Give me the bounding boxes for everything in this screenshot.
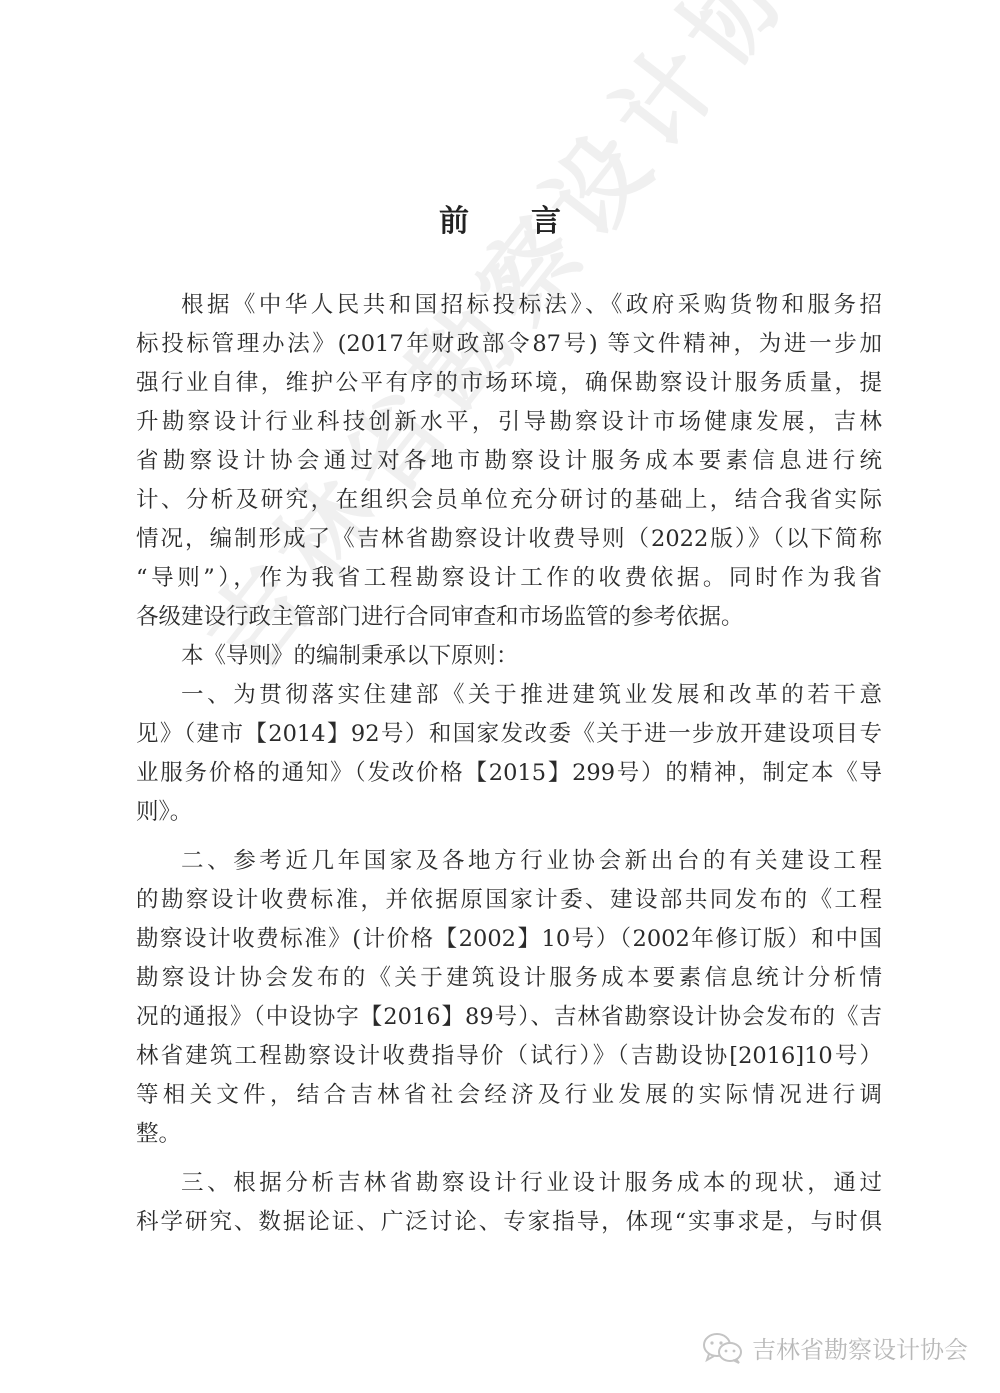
paragraph-principle-3: 三、根据分析吉林省勘察设计行业设计服务成本的现状，通过 科学研究、数据论证、广泛… bbox=[136, 1164, 882, 1242]
paragraph-intro: 根据《中华人民共和国招标投标法》、《政府采购货物和服务招 标投标管理办法》(20… bbox=[136, 286, 882, 637]
text-line: 省勘察设计协会通过对各地市勘察设计服务成本要素信息进行统 bbox=[136, 442, 882, 481]
text-line: 三、根据分析吉林省勘察设计行业设计服务成本的现状，通过 bbox=[136, 1164, 882, 1203]
account-name: 吉林省勘察设计协会 bbox=[752, 1330, 968, 1365]
wechat-icon bbox=[702, 1332, 744, 1364]
title-char: 前 bbox=[439, 196, 469, 240]
text-line: 业服务价格的通知》（发改价格【2015】299号）的精神，制定本《导 bbox=[136, 754, 882, 793]
page-title: 前言 bbox=[0, 196, 1000, 240]
text-line: 标投标管理办法》(2017年财政部令87号) 等文件精神，为进一步加 bbox=[136, 325, 882, 364]
text-line: 升勘察设计行业科技创新水平，引导勘察设计市场健康发展，吉林 bbox=[136, 403, 882, 442]
text-line: 科学研究、数据论证、广泛讨论、专家指导，体现“实事求是，与时俱 bbox=[136, 1203, 882, 1242]
paragraph-principles-lead: 本《导则》的编制秉承以下原则： bbox=[136, 637, 882, 676]
text-line: 勘察设计协会发布的《关于建筑设计服务成本要素信息统计分析情 bbox=[136, 959, 882, 998]
document-body: 根据《中华人民共和国招标投标法》、《政府采购货物和服务招 标投标管理办法》(20… bbox=[136, 286, 882, 1242]
text-line: 根据《中华人民共和国招标投标法》、《政府采购货物和服务招 bbox=[136, 286, 882, 325]
text-line: 等相关文件，结合吉林省社会经济及行业发展的实际情况进行调 bbox=[136, 1076, 882, 1115]
text-line: 强行业自律，维护公平有序的市场环境，确保勘察设计服务质量，提 bbox=[136, 364, 882, 403]
text-line: 整。 bbox=[136, 1115, 882, 1154]
text-line: 情况，编制形成了《吉林省勘察设计收费导则（2022版）》（以下简称 bbox=[136, 520, 882, 559]
text-line: 况的通报》（中设协字【2016】89号）、吉林省勘察设计协会发布的《吉 bbox=[136, 998, 882, 1037]
text-line: 各级建设行政主管部门进行合同审查和市场监管的参考依据。 bbox=[136, 598, 882, 637]
text-line: 则》。 bbox=[136, 793, 882, 832]
text-line: 本《导则》的编制秉承以下原则： bbox=[136, 637, 882, 676]
wechat-account-brand: 吉林省勘察设计协会 bbox=[702, 1330, 968, 1365]
text-line: 计、分析及研究，在组织会员单位充分研讨的基础上，结合我省实际 bbox=[136, 481, 882, 520]
document-page: 吉林省勘察设计协会 前言 根据《中华人民共和国招标投标法》、《政府采购货物和服务… bbox=[0, 0, 1000, 1393]
text-line: 勘察设计收费标准》(计价格【2002】10号）（2002年修订版）和中国 bbox=[136, 920, 882, 959]
text-line: 二、参考近几年国家及各地方行业协会新出台的有关建设工程 bbox=[136, 842, 882, 881]
paragraph-principle-1: 一、为贯彻落实住建部《关于推进建筑业发展和改革的若干意 见》（建市【2014】9… bbox=[136, 676, 882, 832]
text-line: 的勘察设计收费标准，并依据原国家计委、建设部共同发布的《工程 bbox=[136, 881, 882, 920]
title-char: 言 bbox=[531, 196, 561, 240]
text-line: 一、为贯彻落实住建部《关于推进建筑业发展和改革的若干意 bbox=[136, 676, 882, 715]
paragraph-principle-2: 二、参考近几年国家及各地方行业协会新出台的有关建设工程 的勘察设计收费标准，并依… bbox=[136, 842, 882, 1154]
text-line: 见》（建市【2014】92号）和国家发改委《关于进一步放开建设项目专 bbox=[136, 715, 882, 754]
text-line: “导则”），作为我省工程勘察设计工作的收费依据。同时作为我省 bbox=[136, 559, 882, 598]
text-line: 林省建筑工程勘察设计收费指导价（试行）》（吉勘设协[2016]10号） bbox=[136, 1037, 882, 1076]
